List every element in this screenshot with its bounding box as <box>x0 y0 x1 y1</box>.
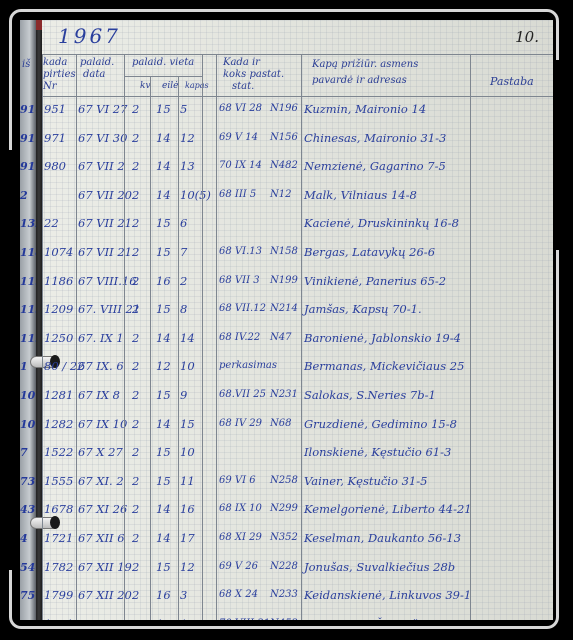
burial-date: 67 X 27 <box>78 447 123 459</box>
monument-number: N158 <box>270 247 298 257</box>
burial-date: 67 VI 30 <box>78 133 127 145</box>
record-number: 1522 <box>44 447 73 459</box>
burial-quarter: 2 <box>132 333 139 345</box>
burial-grave: 13 <box>180 161 195 173</box>
binder-ring-icon <box>30 517 58 529</box>
record-number: 1851 <box>44 619 73 620</box>
burial-date: 67. IX 1 <box>78 333 124 345</box>
burial-row: 15 <box>156 218 171 230</box>
header-monument-1: Kada ir <box>223 58 260 68</box>
caretaker-name-address: Bergas, Latavykų 26-6 <box>304 247 435 259</box>
column-rule <box>216 54 217 620</box>
monument-date: perkasimas <box>219 361 277 371</box>
header-left-stub: iš <box>22 60 30 70</box>
burial-quarter: 2 <box>132 419 139 431</box>
monument-number: N156 <box>270 133 298 143</box>
burial-grave: 10(5) <box>180 190 211 202</box>
row-rule <box>42 54 553 55</box>
caretaker-name-address: Ilonskienė, Kęstučio 61-3 <box>304 447 451 459</box>
record-number: 1555 <box>44 476 73 488</box>
header-caretaker-2: pavardė ir adresas <box>312 76 407 86</box>
caretaker-name-address: Vinikienė, Panerius 65-2 <box>304 276 446 288</box>
record-number: 1250 <box>44 333 73 345</box>
monument-date: 70 IX 14 <box>219 161 262 171</box>
header-kv: kv <box>140 82 151 91</box>
burial-grave: 17 <box>180 533 195 545</box>
caretaker-name-address: Chinesas, Maironio 31-3 <box>304 133 446 145</box>
monument-date: 68.VII 25 <box>219 390 266 400</box>
burial-date: 67 XII 6 <box>78 533 125 545</box>
monument-number: N299 <box>270 504 298 514</box>
header-nr-2: pirties <box>43 70 76 80</box>
header-place: palaid. vieta <box>132 58 194 68</box>
caretaker-name-address: Kuzmin, Maironio 14 <box>304 104 426 116</box>
header-eile: eilė <box>162 82 178 91</box>
burial-grave: 9 <box>180 390 187 402</box>
margin-number: 917 <box>20 133 36 144</box>
margin-number: 73 <box>20 476 36 487</box>
burial-quarter: 2 <box>132 533 139 545</box>
record-number: 951 <box>44 104 66 116</box>
burial-date: 67 VII 2 <box>78 161 125 173</box>
record-number: 1678 <box>44 504 73 516</box>
page-number: 10. <box>515 30 539 45</box>
record-number: 1799 <box>44 590 73 602</box>
margin-number: 119 <box>20 333 36 344</box>
caretaker-name-address: Jamšas, Kapsų 70-1. <box>304 304 422 316</box>
burial-date: 67 XI. 2 <box>78 476 124 488</box>
monument-number: N214 <box>270 304 298 314</box>
header-monument-3: stat. <box>232 82 254 92</box>
monument-date: 70 VIII 31 <box>219 619 270 620</box>
record-number: 1282 <box>44 419 73 431</box>
margin-number: 2 <box>20 190 36 201</box>
burial-row: 14 <box>156 333 171 345</box>
caretaker-name-address: Jonušas, Suvalkiečius 28b <box>304 562 455 574</box>
burial-row: 14 <box>156 133 171 145</box>
header-nr-1: kada <box>43 58 67 68</box>
column-rule <box>76 54 77 620</box>
record-number: 1186 <box>44 276 73 288</box>
column-rule <box>301 54 302 620</box>
monument-date: 68 VI.13 <box>219 247 262 257</box>
caretaker-name-address: Baronienė, Jablonskio 19-4 <box>304 333 461 345</box>
monument-date: 68 VI 28 <box>219 104 262 114</box>
burial-grave: 15 <box>180 419 195 431</box>
margin-number: 916 <box>20 104 36 115</box>
header-date-2: data <box>83 70 105 80</box>
monument-number: N452 <box>270 619 298 620</box>
burial-row: 16 <box>156 276 171 288</box>
burial-row: 14 <box>156 419 171 431</box>
caretaker-name-address: Kemelgorienė, Liberto 44-21 <box>304 504 472 516</box>
monument-date: 68 VII.12 <box>219 304 266 314</box>
burial-quarter: 2 <box>132 447 139 459</box>
column-rule <box>178 76 179 620</box>
caretaker-name-address: Kaganas, F. Žemaičio 3-29 <box>304 619 457 620</box>
column-rule <box>124 54 125 620</box>
header-monument-2: koks pastat. <box>223 70 284 80</box>
burial-grave: 2 <box>180 276 187 288</box>
margin-number: 7 <box>20 447 36 458</box>
row-rule <box>124 76 202 77</box>
monument-number: N231 <box>270 390 298 400</box>
monument-date: 68 XI 29 <box>219 533 262 543</box>
margin-number: 54 <box>20 562 36 573</box>
burial-quarter: 2 <box>132 218 139 230</box>
record-number: 971 <box>44 133 66 145</box>
burial-row: 15 <box>156 304 171 316</box>
record-number: 1281 <box>44 390 73 402</box>
monument-number: N47 <box>270 333 291 343</box>
monument-date: 68 III 5 <box>219 190 256 200</box>
burial-date: 67 XI 26 <box>78 504 127 516</box>
burial-quarter: 2 <box>132 361 139 373</box>
burial-grave: 13 <box>180 619 195 620</box>
monument-date: 68 IV.22 <box>219 333 260 343</box>
monument-number: N196 <box>270 104 298 114</box>
burial-row: 15 <box>156 619 171 620</box>
burial-quarter: 2 <box>132 304 139 316</box>
column-rule <box>42 54 43 620</box>
burial-grave: 3 <box>180 590 187 602</box>
caretaker-name-address: Keselman, Daukanto 56-13 <box>304 533 461 545</box>
margin-number: 75 <box>20 590 36 601</box>
burial-row: 14 <box>156 533 171 545</box>
margin-number: 4 <box>20 533 36 544</box>
column-rule <box>470 54 471 620</box>
record-number: 22 <box>44 218 59 230</box>
record-number: 980 <box>44 161 66 173</box>
burial-row: 14 <box>156 161 171 173</box>
burial-grave: 14 <box>180 333 195 345</box>
caretaker-name-address: Gruzdienė, Gedimino 15-8 <box>304 419 457 431</box>
burial-grave: 7 <box>180 247 187 259</box>
monument-date: 68 IV 29 <box>219 419 262 429</box>
header-date-1: palaid. <box>80 58 114 68</box>
burial-grave: 16 <box>180 504 195 516</box>
burial-date: 67. VIII 21 <box>78 304 140 316</box>
monument-date: 69 VI 6 <box>219 476 256 486</box>
burial-row: 15 <box>156 447 171 459</box>
column-rule <box>202 54 203 620</box>
monument-number: N233 <box>270 590 298 600</box>
monument-number: N68 <box>270 419 291 429</box>
record-number: 1721 <box>44 533 73 545</box>
header-caretaker-1: Kapą prižiūr. asmens <box>312 60 418 70</box>
frame-gap-right <box>553 60 573 250</box>
spine-red-mark <box>36 20 42 30</box>
monument-date: 68 X 24 <box>219 590 258 600</box>
burial-quarter: 2 <box>132 619 139 620</box>
margin-number: 119 <box>20 276 36 287</box>
burial-quarter: 2 <box>132 104 139 116</box>
caretaker-name-address: Kacienė, Druskininkų 16-8 <box>304 218 459 230</box>
margin-number: 91 <box>20 161 36 172</box>
burial-quarter: 2 <box>132 247 139 259</box>
caretaker-name-address: Nemzienė, Gagarino 7-5 <box>304 161 446 173</box>
frame-gap-left <box>0 150 20 570</box>
burial-row: 12 <box>156 361 171 373</box>
monument-number: N258 <box>270 476 298 486</box>
burial-date: 67 IX 8 <box>78 390 120 402</box>
margin-number: 10 <box>20 419 36 430</box>
row-rule <box>42 96 553 97</box>
burial-row: 15 <box>156 247 171 259</box>
caretaker-name-address: Salokas, S.Neries 7b-1 <box>304 390 436 402</box>
column-rule <box>150 76 151 620</box>
burial-grave: 12 <box>180 562 195 574</box>
burial-row: 15 <box>156 390 171 402</box>
monument-number: N12 <box>270 190 291 200</box>
record-number: 1782 <box>44 562 73 574</box>
margin-number: 10 <box>20 390 36 401</box>
margin-number: 6 <box>20 619 36 620</box>
monument-date: 69 V 26 <box>219 562 258 572</box>
burial-row: 16 <box>156 590 171 602</box>
record-number: 1074 <box>44 247 73 259</box>
ledger-page: 1967 10. iš kada pirties Nr palaid. data… <box>20 20 553 620</box>
caretaker-name-address: Malk, Vilniaus 14-8 <box>304 190 417 202</box>
burial-date: 67 VI 27 <box>78 104 127 116</box>
monument-date: 68 IX 10 <box>219 504 262 514</box>
burial-quarter: 2 <box>132 161 139 173</box>
monument-date: 68 VII 3 <box>219 276 260 286</box>
record-number: 1209 <box>44 304 73 316</box>
burial-quarter: 2 <box>132 590 139 602</box>
margin-number: 118 <box>20 247 36 258</box>
burial-quarter: 2 <box>132 276 139 288</box>
burial-quarter: 2 <box>132 562 139 574</box>
burial-row: 15 <box>156 476 171 488</box>
burial-grave: 6 <box>180 218 187 230</box>
monument-number: N228 <box>270 562 298 572</box>
ledger-year: 1967 <box>58 26 121 46</box>
burial-grave: 12 <box>180 133 195 145</box>
monument-number: N352 <box>270 533 298 543</box>
margin-number: 1 <box>20 361 36 372</box>
burial-row: 15 <box>156 104 171 116</box>
monument-date: 69 V 14 <box>219 133 258 143</box>
caretaker-name-address: Bermanas, Mickevičiaus 25 <box>304 361 464 373</box>
burial-quarter: 2 <box>132 390 139 402</box>
caretaker-name-address: Vainer, Kęstučio 31-5 <box>304 476 427 488</box>
margin-number: 119 <box>20 304 36 315</box>
burial-quarter: 2 <box>132 133 139 145</box>
monument-number: N482 <box>270 161 298 171</box>
header-kapas: kapas <box>185 82 209 90</box>
burial-grave: 8 <box>180 304 187 316</box>
caretaker-name-address: Keidanskienė, Linkuvos 39-1 <box>304 590 471 602</box>
burial-grave: 11 <box>180 476 195 488</box>
burial-date: 67 IX. 6 <box>78 361 124 373</box>
margin-number: 132 <box>20 218 36 229</box>
monument-number: N199 <box>270 276 298 286</box>
burial-grave: 5 <box>180 104 187 116</box>
burial-quarter: 2 <box>132 190 139 202</box>
header-nr-3: Nr <box>43 82 57 92</box>
burial-date: 67 VIII.16 <box>78 276 137 288</box>
margin-number: 43 <box>20 504 36 515</box>
burial-row: 14 <box>156 190 171 202</box>
burial-row: 14 <box>156 504 171 516</box>
burial-quarter: 2 <box>132 504 139 516</box>
burial-date: 67 IX 10 <box>78 419 127 431</box>
burial-quarter: 2 <box>132 476 139 488</box>
header-remarks: Pastaba <box>490 76 534 87</box>
burial-grave: 10 <box>180 447 195 459</box>
burial-row: 15 <box>156 562 171 574</box>
burial-grave: 10 <box>180 361 195 373</box>
